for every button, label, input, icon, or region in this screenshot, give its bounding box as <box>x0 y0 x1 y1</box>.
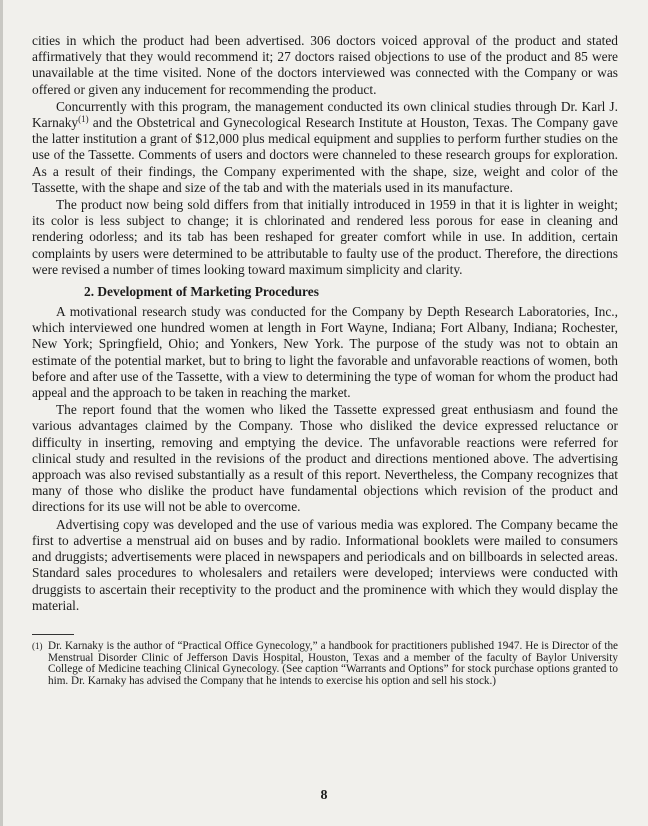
section-heading: 2. Development of Marketing Procedures <box>84 284 618 300</box>
footnote-divider <box>32 634 74 635</box>
footnote: (1) Dr. Karnaky is the author of “Practi… <box>32 641 618 687</box>
paragraph-doctors-survey: cities in which the product had been adv… <box>32 33 618 98</box>
footnote-mark: (1) <box>32 641 43 653</box>
footnote-text: Dr. Karnaky is the author of “Practical … <box>48 640 618 687</box>
paragraph-report-findings: The report found that the women who like… <box>32 402 618 515</box>
paragraph-advertising: Advertising copy was developed and the u… <box>32 517 618 614</box>
paragraph-clinical-studies: Concurrently with this program, the mana… <box>32 99 618 196</box>
paragraph-motivational-research: A motivational research study was conduc… <box>32 304 618 401</box>
paragraph-product-changes: The product now being sold differs from … <box>32 197 618 278</box>
page-number: 8 <box>0 788 648 804</box>
document-page: cities in which the product had been adv… <box>32 33 618 687</box>
paragraph-text: and the Obstetrical and Gynecological Re… <box>32 115 618 195</box>
footnote-reference: (1) <box>78 114 89 124</box>
page-edge <box>0 0 3 826</box>
